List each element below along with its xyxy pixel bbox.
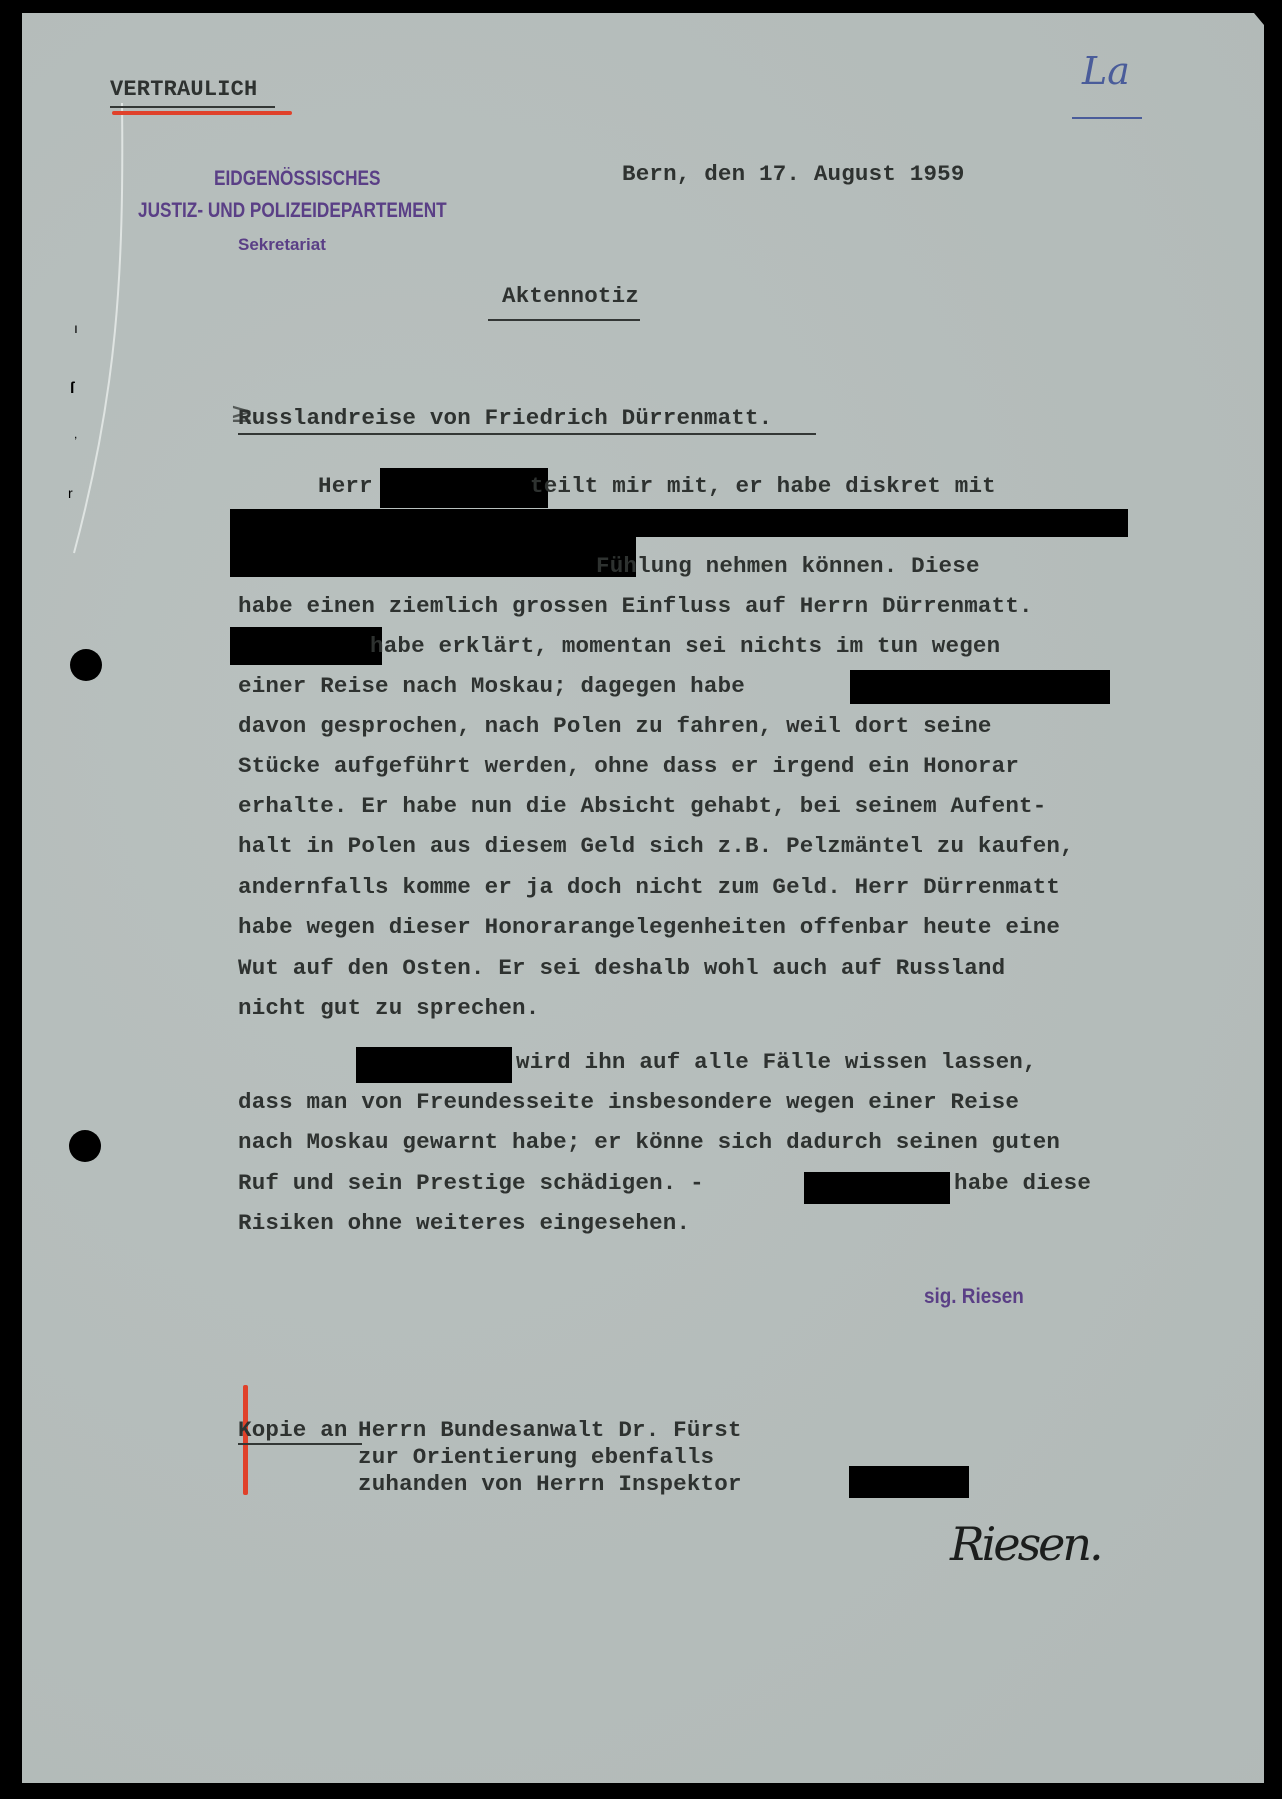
redaction-box (356, 1047, 512, 1083)
classification-label: VERTRAULICH (110, 77, 257, 102)
p1-line-11: andernfalls komme er ja doch nicht zum G… (238, 874, 1060, 900)
redaction-box (850, 670, 1110, 704)
copy-recipient-line-2: zur Orientierung ebenfalls (358, 1444, 714, 1470)
date-line: Bern, den 17. August 1959 (622, 161, 965, 187)
svg-text:r: r (68, 485, 73, 501)
stamp-line-2: JUSTIZ- UND POLIZEIDEPARTEMENT (138, 199, 447, 223)
p2-line-5: Risiken ohne weiteres eingesehen. (238, 1210, 690, 1236)
p2-line-4-before: Ruf und sein Prestige schädigen. - (238, 1170, 704, 1196)
redaction-box (230, 509, 1128, 537)
redaction-box (804, 1172, 950, 1204)
document-type-title: Aktennotiz (502, 283, 639, 309)
redaction-box (380, 468, 548, 508)
p1-line-9: erhalte. Er habe nun die Absicht gehabt,… (238, 793, 1046, 819)
svg-text:,: , (74, 427, 77, 441)
p1-line-14: nicht gut zu sprechen. (238, 995, 539, 1021)
copy-recipient-line-1: Herrn Bundesanwalt Dr. Fürst (358, 1417, 742, 1443)
redaction-box (849, 1466, 969, 1498)
redaction-box (230, 627, 382, 665)
p2-line-2: dass man von Freundesseite insbesondere … (238, 1089, 1019, 1115)
initials-underline (1072, 117, 1142, 119)
p1-line-1-before: Herr (318, 473, 387, 499)
p1-line-12: habe wegen dieser Honorarangelegenheiten… (238, 914, 1060, 940)
p1-line-8: Stücke aufgeführt werden, ohne dass er i… (238, 753, 1019, 779)
p1-line-1-after: teilt mir mit, er habe diskret mit (530, 473, 996, 499)
document-page: ı ſ , r VERTRAULICH EIDGENÖSSISCHES JUST… (22, 13, 1264, 1783)
red-pencil-underline (112, 111, 292, 115)
svg-text:ſ: ſ (70, 380, 75, 397)
punch-hole (70, 649, 102, 681)
handwritten-signature: Riesen. (950, 1517, 1101, 1571)
subject-underline (238, 433, 816, 435)
p2-line-3: nach Moskau gewarnt habe; er könne sich … (238, 1129, 1060, 1155)
stamp-line-3: Sekretariat (238, 235, 326, 255)
p1-line-3-after: Fühlung nehmen können. Diese (596, 553, 980, 579)
classification-underline (110, 106, 275, 108)
stamp-line-1: EIDGENÖSSISCHES (214, 167, 381, 191)
copy-recipient-line-3: zuhanden von Herrn Inspektor (358, 1471, 742, 1497)
p1-line-7: davon gesprochen, nach Polen zu fahren, … (238, 713, 992, 739)
copy-label: Kopie an (238, 1417, 348, 1443)
title-underline (488, 319, 640, 321)
subject-line: Russlandreise von Friedrich Dürrenmatt. (238, 405, 772, 431)
p1-line-6: einer Reise nach Moskau; dagegen habe (238, 673, 745, 699)
signature-stamp: sig. Riesen (924, 1285, 1024, 1309)
punch-hole (69, 1130, 101, 1162)
p2-line-1-after: wird ihn auf alle Fälle wissen lassen, (516, 1049, 1037, 1075)
handwritten-initials: La (1082, 49, 1130, 93)
p1-line-4: habe einen ziemlich grossen Einfluss auf… (238, 593, 1033, 619)
p1-line-5-after: habe erklärt, momentan sei nichts im tun… (370, 633, 1000, 659)
redaction-box (230, 537, 636, 577)
p2-line-4-after: habe diese (954, 1170, 1091, 1196)
svg-text:ı: ı (74, 320, 78, 336)
p1-line-13: Wut auf den Osten. Er sei deshalb wohl a… (238, 955, 1005, 981)
copy-label-underline (238, 1443, 362, 1445)
p1-line-10: halt in Polen aus diesem Geld sich z.B. … (238, 833, 1074, 859)
